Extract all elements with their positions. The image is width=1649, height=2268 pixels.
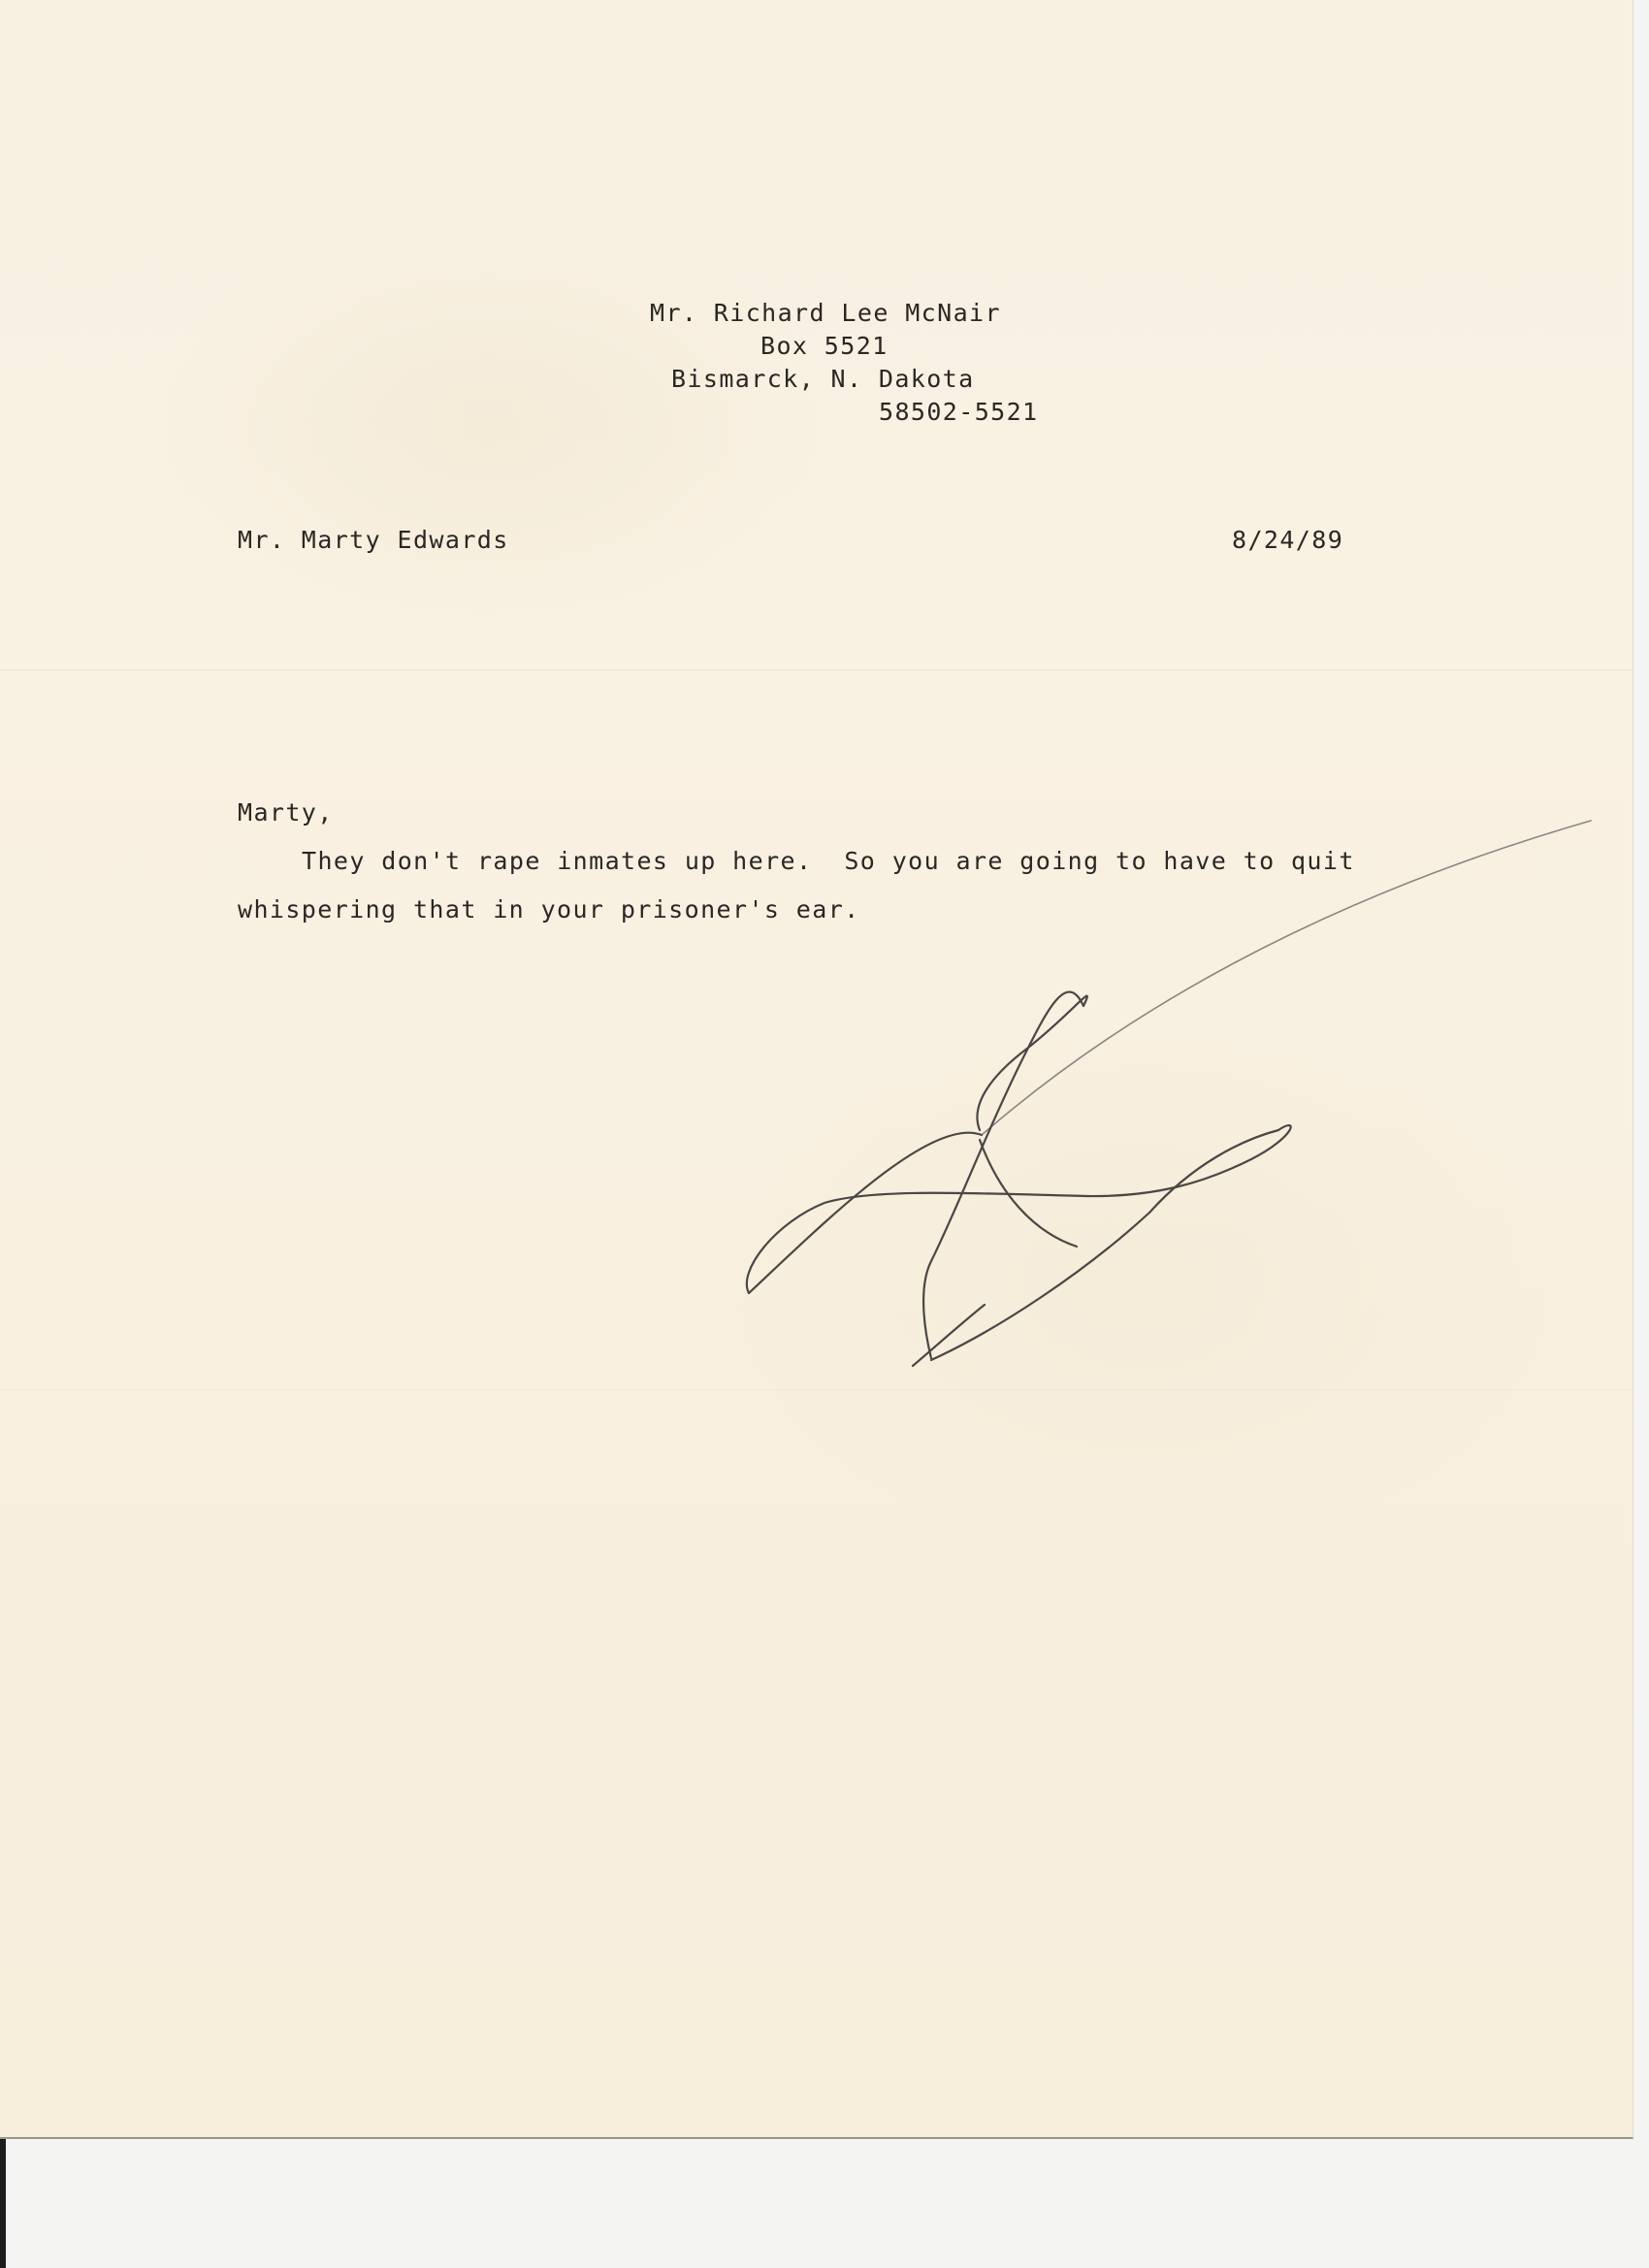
scanner-edge (0, 2139, 6, 2268)
salutation: Marty, (238, 798, 334, 827)
letter-paper: Mr. Richard Lee McNair Box 5521 Bismarck… (0, 0, 1633, 2139)
recipient-name: Mr. Marty Edwards (238, 526, 509, 555)
body-line: whispering that in your prisoner's ear. (238, 895, 860, 924)
letter-date: 8/24/89 (1232, 526, 1343, 555)
sender-zip: 58502-5521 (879, 398, 1039, 427)
sender-box: Box 5521 (760, 332, 889, 361)
sender-name: Mr. Richard Lee McNair (650, 299, 1001, 328)
fold-crease (0, 1389, 1633, 1391)
fold-crease (0, 669, 1633, 671)
sender-city-state: Bismarck, N. Dakota (671, 365, 975, 394)
body-line: They don't rape inmates up here. So you … (302, 847, 1355, 876)
